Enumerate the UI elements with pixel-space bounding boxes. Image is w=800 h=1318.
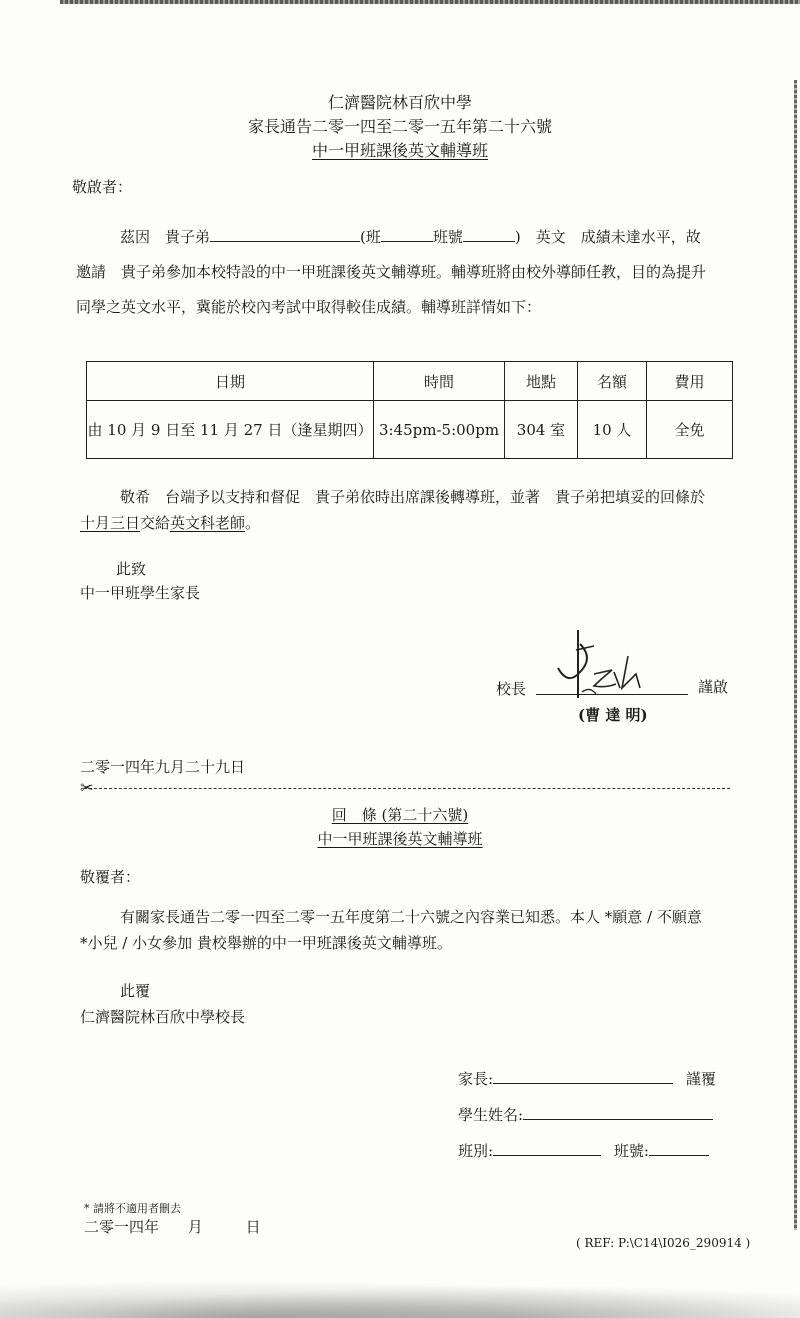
class-field[interactable]: 班別: 班號: [458,1140,709,1161]
principal-name: (曹 達 明) [578,704,648,725]
deadline: 十月三日 [80,514,140,532]
letter-date: 二零一四年九月二十九日 [80,756,245,777]
header-quota: 名額 [578,362,647,401]
paragraph-1-line-2: 邀請 貴子弟參加本校特設的中一甲班課後英文輔導班。輔導班將由校外導師任教，目的為… [76,261,706,282]
class-blank [381,227,433,242]
cell-date: 由 10 月 9 日至 11 月 27 日（逢星期四） [87,401,374,459]
student-name-field[interactable]: 學生姓名: [458,1104,713,1125]
reply-body-line-2: *小兒 / 小女參加 貴校舉辦的中一甲班課後英文輔導班。 [80,932,452,953]
paragraph-2-line-2: 十月三日交給英文科老師。 [80,512,260,533]
reply-body-line-1: 有關家長通告二零一四至二零一五年度第二十六號之內容業已知悉。本人 *願意 / 不… [120,906,702,927]
scan-bottom-shadow [0,1280,800,1318]
cell-venue: 304 室 [505,401,578,459]
parent-signature-blank[interactable] [493,1069,673,1084]
reference-code: ( REF: P:\C14\I026_290914 ) [576,1236,750,1250]
student-name-blank [210,227,360,242]
class-no-blank [463,227,515,242]
school-name: 仁濟醫院林百欣中學 [0,90,800,113]
closing: 此致 [116,558,146,579]
paragraph-2-line-1: 敬希 台端予以支持和督促 貴子弟依時出席課後轉導班，並著 貴子弟把填妥的回條於 [120,486,705,507]
cell-time: 3:45pm-5:00pm [374,401,505,459]
scan-right-edge [794,80,797,1230]
reply-slip-subject: 中一甲班課後英文輔導班 [0,828,800,849]
cell-quota: 10 人 [578,401,647,459]
class-input-blank[interactable] [493,1141,601,1156]
header-fee: 費用 [647,362,733,401]
addressee: 中一甲班學生家長 [80,582,200,603]
salutation: 敬啟者： [72,176,132,197]
header-time: 時間 [374,362,505,401]
notice-title: 家長通告二零一四至二零一五年第二十六號 [0,114,800,137]
scan-top-edge [60,0,800,4]
paragraph-1-line-1: 茲因 貴子弟(班班號) 英文 成績未達水平，故 [120,226,701,247]
footnote: * 請將不適用者刪去 [84,1200,181,1216]
reply-closing: 此覆 [120,980,150,1001]
notice-subject: 中一甲班課後英文輔導班 [0,138,800,161]
reply-slip-title: 回 條 (第二十六號) [0,804,800,825]
cut-line [84,788,730,789]
parent-field[interactable]: 家長: 謹覆 [458,1068,716,1089]
table-row: 由 10 月 9 日至 11 月 27 日（逢星期四） 3:45pm-5:00p… [87,401,733,459]
principal-suffix: 謹啟 [698,676,728,697]
student-name-input-blank[interactable] [523,1105,713,1120]
reply-salutation: 敬覆者： [80,866,140,887]
table-header-row: 日期 時間 地點 名額 費用 [87,362,733,401]
reply-addressee: 仁濟醫院林百欣中學校長 [80,1006,245,1027]
principal-label: 校長 [496,678,526,699]
paragraph-1-line-3: 同學之英文水平，冀能於校內考試中取得較佳成績。輔導班詳情如下： [76,296,541,317]
header-venue: 地點 [505,362,578,401]
cell-fee: 全免 [647,401,733,459]
schedule-table: 日期 時間 地點 名額 費用 由 10 月 9 日至 11 月 27 日（逢星期… [86,361,733,459]
header-date: 日期 [87,362,374,401]
recipient: 英文科老師 [170,514,245,532]
class-no-input-blank[interactable] [649,1141,709,1156]
reply-date: 二零一四年 月 日 [84,1216,261,1237]
signature-icon [550,628,690,700]
